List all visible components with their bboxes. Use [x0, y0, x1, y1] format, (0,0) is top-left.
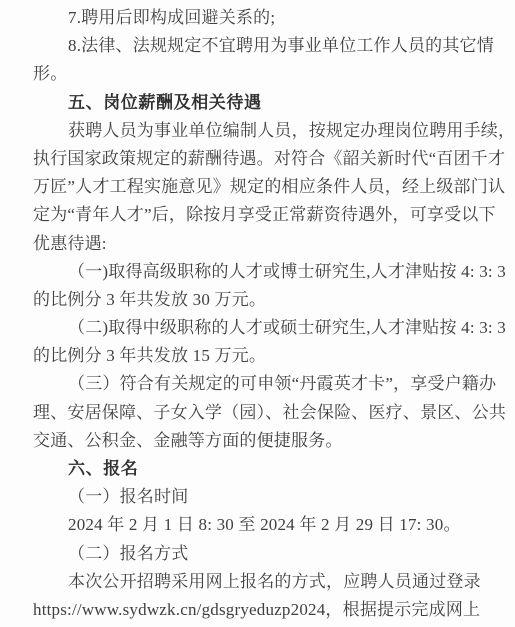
text-line: 定为“青年人才”后，除按月享受正常薪资待遇外，可享受以下	[33, 201, 485, 229]
section-heading: 五、岗位薪酬及相关待遇	[33, 89, 485, 117]
text-line: 万匠”人才工程实施意见》规定的相应条件人员，经上级部门认	[33, 173, 485, 201]
text-line: 执行国家政策规定的薪酬待遇。对符合《韶关新时代“百团千才	[33, 145, 485, 173]
text-line: （二)取得中级职称的人才或硕士研究生,人才津贴按 4: 3: 3	[33, 314, 485, 342]
text-line: （一)取得高级职称的人才或博士研究生,人才津贴按 4: 3: 3	[33, 258, 485, 286]
text-line: 8.法律、法规规定不宜聘用为事业单位工作人员的其它情	[33, 32, 485, 60]
text-line: 2024 年 2 月 1 日 8: 30 至 2024 年 2 月 29 日 1…	[33, 511, 485, 539]
text-line: 的比例分 3 年共发放 30 万元。	[33, 286, 485, 314]
text-line: 7.聘用后即构成回避关系的;	[33, 4, 485, 32]
text-line: 本次公开招聘采用网上报名的方式，应聘人员通过登录	[33, 568, 485, 596]
text-line: 优惠待遇:	[33, 230, 485, 258]
text-line: 获聘人员为事业单位编制人员，按规定办理岗位聘用手续，	[33, 117, 485, 145]
document-page: 7.聘用后即构成回避关系的;8.法律、法规规定不宜聘用为事业单位工作人员的其它情…	[0, 0, 515, 627]
text-line: https://www.sydwzk.cn/gdsgryeduzp2024，根据…	[33, 596, 485, 624]
text-line: 形。	[33, 60, 485, 88]
text-line: （一）报名时间	[33, 483, 485, 511]
text-line: 理、安居保障、子女入学（园）、社会保险、医疗、景区、公共	[33, 399, 485, 427]
text-line: 交通、公积金、金融等方面的便捷服务。	[33, 427, 485, 455]
section-heading: 六、报名	[33, 455, 485, 483]
text-line: （三）符合有关规定的可申领“丹霞英才卡”，享受户籍办	[33, 370, 485, 398]
document-body: 7.聘用后即构成回避关系的;8.法律、法规规定不宜聘用为事业单位工作人员的其它情…	[33, 4, 485, 624]
text-line: （二）报名方式	[33, 540, 485, 568]
text-line: 的比例分 3 年共发放 15 万元。	[33, 342, 485, 370]
